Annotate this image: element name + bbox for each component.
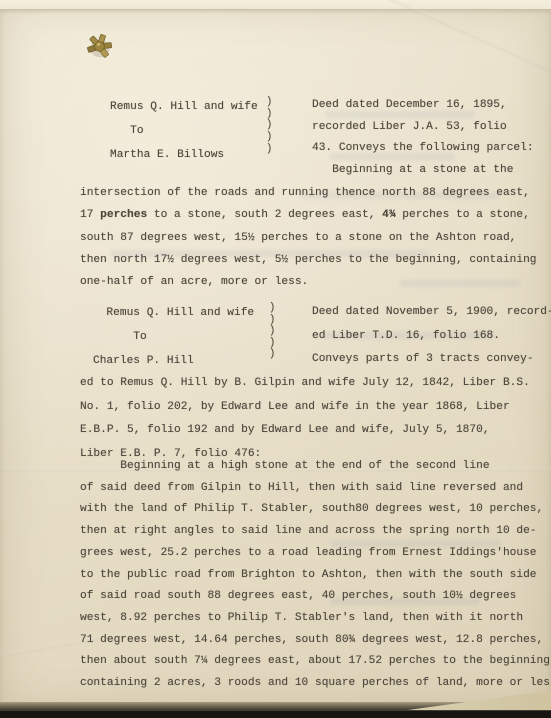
text-line: one-half of an acre, more or less. bbox=[80, 271, 537, 293]
text-line: Charles P. Hill bbox=[93, 349, 254, 373]
text-line: ed Liber T.D. 16, folio 168. bbox=[312, 325, 551, 349]
text-line: Remus Q. Hill and wife bbox=[110, 95, 258, 119]
text-line: 17 perches to a stone, south 2 degrees e… bbox=[80, 204, 537, 226]
text-line: containing 2 acres, 3 roods and 10 squar… bbox=[80, 673, 551, 695]
deed2-parties: Remus Q. Hill and wife ToCharles P. Hill bbox=[93, 301, 254, 373]
deed1-description: intersection of the roads and running th… bbox=[80, 182, 537, 293]
text-line: Deed dated November 5, 1900, record- bbox=[312, 301, 551, 325]
text-line: Beginning at a high stone at the end of … bbox=[80, 456, 551, 478]
text-line: ) bbox=[266, 144, 272, 156]
deed1-bracket: ))))) bbox=[266, 97, 272, 156]
top-fold-crease bbox=[0, 0, 551, 10]
text-line: ) bbox=[269, 349, 275, 361]
text-line: Deed dated December 16, 1895, bbox=[312, 95, 534, 117]
brass-fastener-icon bbox=[85, 32, 114, 61]
text-line: west, 8.92 perches to Philip T. Stabler'… bbox=[80, 608, 551, 630]
text-line: Beginning at a stone at the bbox=[312, 160, 534, 182]
deed2-description: Beginning at a high stone at the end of … bbox=[80, 456, 551, 695]
text-line: ) bbox=[266, 97, 272, 109]
deed1-details: Deed dated December 16, 1895,recorded Li… bbox=[312, 95, 534, 181]
text-segment: 17 bbox=[80, 209, 100, 221]
deed2-bracket: ))))) bbox=[269, 303, 275, 361]
overstruck-text: 4¾ bbox=[382, 209, 395, 221]
deed1-parties: Remus Q. Hill and wife ToMartha E. Billo… bbox=[110, 95, 258, 167]
document-page: Remus Q. Hill and wife ToMartha E. Billo… bbox=[0, 0, 551, 712]
text-line: Conveys parts of 3 tracts convey- bbox=[312, 348, 551, 372]
text-line: ) bbox=[269, 303, 275, 315]
scan-background bbox=[0, 711, 551, 718]
deed2-details: Deed dated November 5, 1900, record-ed L… bbox=[312, 301, 551, 372]
text-line: grees west, 25.2 perches to a road leadi… bbox=[80, 543, 551, 565]
text-line: with the land of Philip T. Stabler, sout… bbox=[80, 499, 551, 521]
overstruck-text: perches bbox=[100, 209, 147, 221]
text-line: 71 degrees west, 14.64 perches, south 80… bbox=[80, 630, 551, 652]
text-line: Remus Q. Hill and wife bbox=[93, 301, 254, 325]
text-line: to the public road from Brighton to Asht… bbox=[80, 565, 551, 587]
text-line: south 87 degrees west, 15½ perches to a … bbox=[80, 227, 537, 249]
text-line: of said deed from Gilpin to Hill, then w… bbox=[80, 478, 551, 500]
text-line: then at right angles to said line and ac… bbox=[80, 521, 551, 543]
text-line: To bbox=[93, 325, 254, 349]
text-line: ed to Remus Q. Hill by B. Gilpin and wif… bbox=[80, 372, 530, 396]
text-line: intersection of the roads and running th… bbox=[80, 182, 537, 204]
text-line: recorded Liber J.A. 53, folio bbox=[312, 117, 534, 139]
text-line: E.B.P. 5, folio 192 and by Edward Lee an… bbox=[80, 419, 530, 443]
text-line: then about south 7¼ degrees east, about … bbox=[80, 651, 551, 673]
text-line: To bbox=[110, 119, 258, 143]
text-segment: to a stone, south 2 degrees east, bbox=[147, 209, 382, 221]
text-segment: perches to a stone, bbox=[396, 209, 530, 221]
text-line: 43. Conveys the following parcel: bbox=[312, 138, 534, 160]
top-right-crease bbox=[370, 0, 551, 81]
text-line: of said road south 88 degrees east, 40 p… bbox=[80, 586, 551, 608]
text-line: Martha E. Billows bbox=[110, 143, 258, 167]
text-line: No. 1, folio 202, by Edward Lee and wife… bbox=[80, 396, 530, 420]
deed2-sources: ed to Remus Q. Hill by B. Gilpin and wif… bbox=[80, 372, 530, 466]
text-line: then north 17½ degrees west, 5½ perches … bbox=[80, 249, 537, 271]
